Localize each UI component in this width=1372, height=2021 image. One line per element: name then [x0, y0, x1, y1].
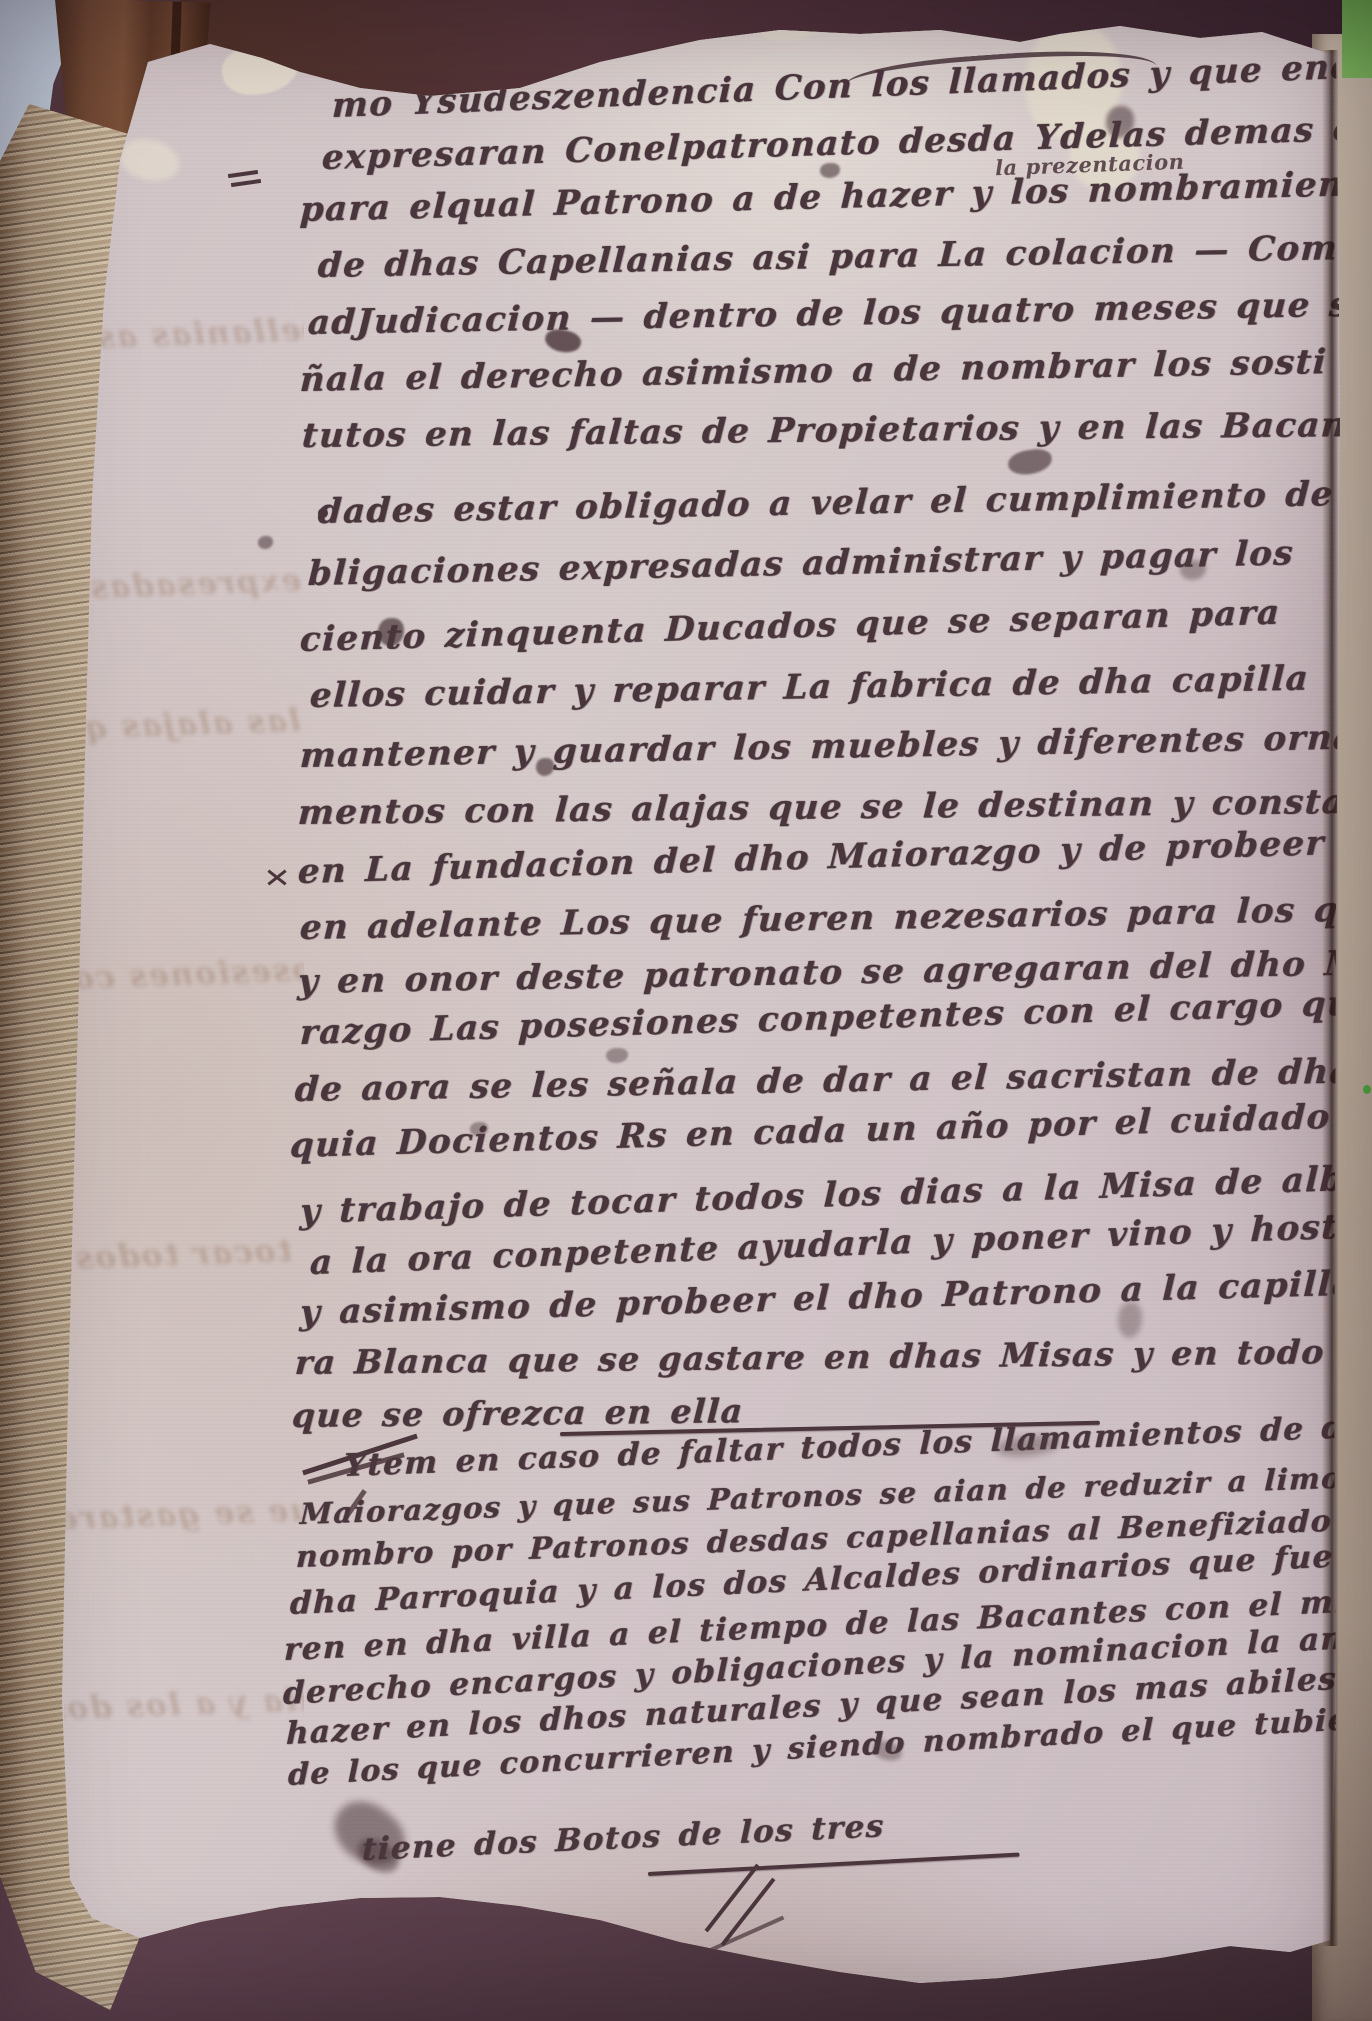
bleedthrough-text: de dhas Capellanias asi para La colacion… — [64, 240, 304, 1860]
bleedthrough-line: dha Parroquia y a los dos Alcaldes ordin… — [64, 1674, 304, 1741]
bleedthrough-line: razgo Las posesiones conpetentes con el … — [64, 944, 304, 1011]
green-speck — [1363, 1085, 1371, 1094]
green-bookmark — [1342, 0, 1372, 78]
manuscript-line: que se ofrezca en ella — [291, 1391, 745, 1435]
bleedthrough-line: bligaciones expresadas administrar y pag… — [64, 554, 304, 621]
bleedthrough-line: ra Blanca que se gastare en dhas Misas y… — [64, 1484, 304, 1551]
bleedthrough-line: y trabajo de tocar todos los dias a la M… — [64, 1224, 304, 1291]
manuscript-page: de dhas Capellanias asi para La colacion… — [0, 0, 1372, 2021]
page-crease-shadow — [1322, 50, 1338, 1946]
margin-dot-mark — [318, 508, 328, 518]
manuscript-photo: de dhas Capellanias asi para La colacion… — [0, 0, 1372, 2021]
bleedthrough-line: mentos con las alajas que se le destinan… — [64, 694, 304, 761]
